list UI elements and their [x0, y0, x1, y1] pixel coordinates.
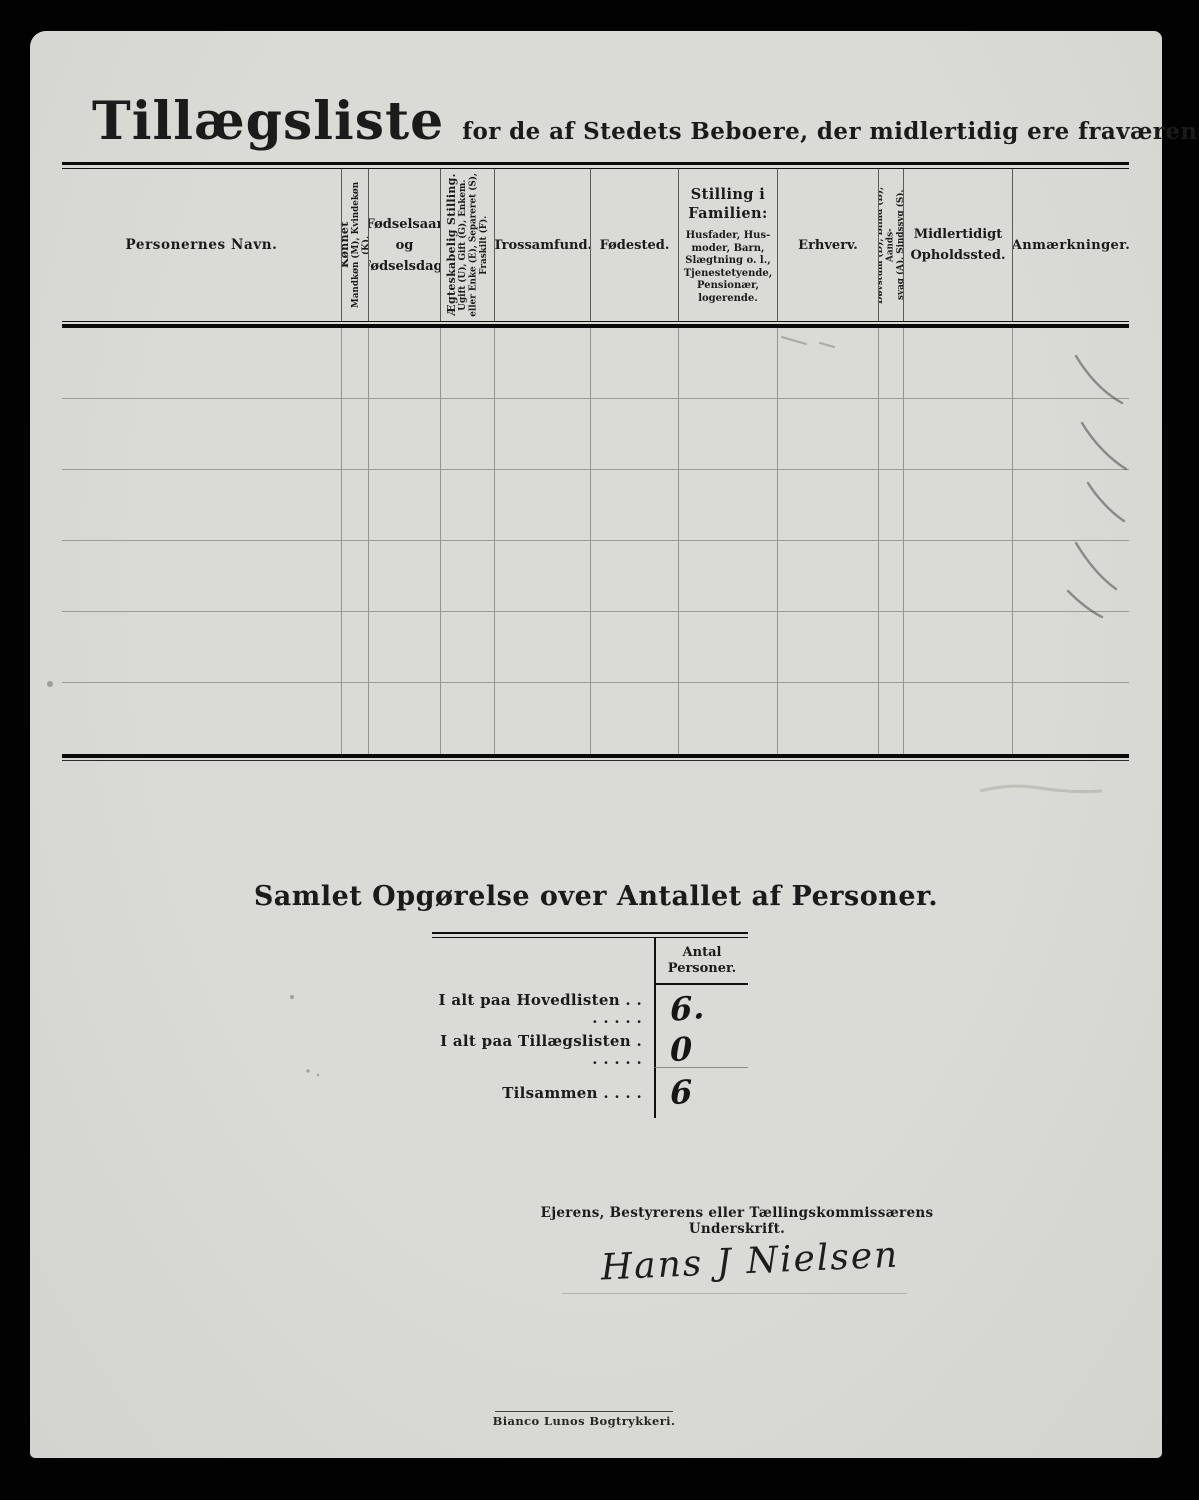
column-label: Erhverv. [798, 238, 858, 253]
summary-row-label: Tilsammen . . . . [432, 1068, 654, 1118]
table-cell-empty [878, 541, 903, 612]
summary-row-tillaegslisten: I alt paa Tillægslisten . . . . . . 0 [432, 1032, 748, 1068]
table-cell-empty [590, 399, 678, 470]
table-cell-empty [62, 612, 341, 683]
table-cell-empty [878, 328, 903, 399]
column-header-midlertidigt-opholdssted: Midlertidigt Opholdssted. [903, 169, 1012, 321]
table-cell-empty [1012, 328, 1129, 399]
summary-row-hovedlisten: I alt paa Hovedlisten . . . . . . . 6. [432, 985, 748, 1032]
table-cell-empty [341, 683, 368, 754]
table-cell-empty [1012, 470, 1129, 541]
table-body [62, 328, 1129, 754]
table-cell-empty [440, 470, 494, 541]
table-cell-empty [777, 328, 878, 399]
summary-header-spacer [432, 938, 654, 985]
table-cell-empty [341, 399, 368, 470]
table-cell-empty [440, 541, 494, 612]
table-cell-empty [494, 328, 590, 399]
table-cell-empty [440, 683, 494, 754]
table-cell-empty [341, 541, 368, 612]
summary-col-header: Antal Personer. [668, 945, 736, 977]
column-header-foedselsaar: Fødselsaar og Fødselsdag. [368, 169, 440, 321]
table-bottom-rule [62, 754, 1129, 761]
table-cell-empty [678, 612, 777, 683]
table-cell-empty [1012, 612, 1129, 683]
scanned-census-page: Tillægsliste for de af Stedets Beboere, … [0, 0, 1199, 1500]
table-cell-empty [678, 328, 777, 399]
table-cell-empty [440, 328, 494, 399]
table-cell-empty [678, 683, 777, 754]
table-cell-empty [678, 541, 777, 612]
summary-row-label: I alt paa Tillægslisten . . . . . . [432, 1032, 654, 1068]
table-cell-empty [62, 328, 341, 399]
table-cell-empty [368, 328, 440, 399]
table-cell-empty [590, 612, 678, 683]
table-cell-empty [903, 683, 1012, 754]
signature-caption: Ejerens, Bestyrerens eller Tællingskommi… [507, 1205, 967, 1237]
form-title: Tillægsliste [92, 91, 444, 152]
table-cell-empty [1012, 399, 1129, 470]
table-cell-empty [1012, 541, 1129, 612]
form-subtitle: for de af Stedets Beboere, der midlertid… [462, 118, 1199, 145]
table-top-rule [62, 162, 1129, 169]
table-cell-empty [1012, 683, 1129, 754]
column-header-erhverv: Erhverv. [777, 169, 878, 321]
table-cell-empty [777, 541, 878, 612]
table-cell-empty [494, 612, 590, 683]
column-header-doevstum: Døvstum (D), Blind (B), Aands- svag (A),… [878, 169, 903, 321]
column-label: Døvstum (D), Blind (B), Aands- svag (A),… [878, 171, 903, 319]
column-label: Midlertidigt Opholdssted. [910, 224, 1005, 266]
column-header-aegteskabelig-stilling: Ægteskabelig Stilling. Ugift (U), Gift (… [440, 169, 494, 321]
table-cell-empty [590, 541, 678, 612]
table-cell-empty [368, 399, 440, 470]
table-cell-empty [678, 470, 777, 541]
signature-handwritten: Hans J Nielsen [549, 1232, 950, 1290]
table-cell-empty [368, 470, 440, 541]
paper-sheet: Tillægsliste for de af Stedets Beboere, … [30, 31, 1162, 1458]
table-cell-empty [678, 399, 777, 470]
table-cell-empty [590, 328, 678, 399]
table-cell-empty [903, 612, 1012, 683]
table-cell-empty [341, 612, 368, 683]
table-cell-empty [494, 399, 590, 470]
column-sublabel: Ugift (U), Gift (G), Enkem. eller Enke (… [458, 173, 490, 317]
table-cell-empty [368, 541, 440, 612]
table-cell-empty [494, 683, 590, 754]
summary-row-label: I alt paa Hovedlisten . . . . . . . [432, 985, 654, 1032]
table-cell-empty [777, 470, 878, 541]
column-header-koennet: Kønnet Mandkøn (M), Kvindekøn (K). [341, 169, 368, 321]
table-cell-empty [62, 399, 341, 470]
table-cell-empty [777, 683, 878, 754]
summary-table: Antal Personer. I alt paa Hovedlisten . … [432, 932, 748, 1118]
column-label: Anmærkninger. [1012, 238, 1129, 253]
column-label: Fødested. [600, 238, 670, 253]
summary-heading: Samlet Opgørelse over Antallet af Person… [30, 881, 1162, 912]
handwritten-count-tilsammen: 6 [656, 1072, 694, 1113]
summary-row-tilsammen: Tilsammen . . . . 6 [432, 1068, 748, 1118]
table-cell-empty [590, 470, 678, 541]
column-label: Fødselsaar og Fødselsdag. [368, 214, 440, 277]
handwritten-count-hovedlisten: 6. [656, 987, 706, 1029]
table-cell-empty [341, 328, 368, 399]
vertical-text: Døvstum (D), Blind (B), Aands- svag (A),… [878, 171, 903, 319]
table-cell-empty [903, 541, 1012, 612]
signature-line [562, 1293, 907, 1294]
page-title: Tillægsliste for de af Stedets Beboere, … [92, 91, 1132, 152]
table-cell-empty [903, 328, 1012, 399]
table-cell-empty [341, 470, 368, 541]
vertical-text: Ægteskabelig Stilling. Ugift (U), Gift (… [445, 173, 490, 317]
table-cell-empty [590, 683, 678, 754]
table-cell-empty [494, 470, 590, 541]
table-cell-empty [494, 541, 590, 612]
printer-imprint: Bianco Lunos Bogtrykkeri. [454, 1414, 714, 1428]
table-cell-empty [878, 399, 903, 470]
table-cell-empty [440, 612, 494, 683]
column-label: Ægteskabelig Stilling. [445, 173, 458, 317]
table-cell-empty [903, 470, 1012, 541]
table-cell-empty [878, 612, 903, 683]
table-cell-empty [62, 470, 341, 541]
column-label: Stilling i Familien: [688, 185, 767, 223]
table-cell-empty [62, 541, 341, 612]
table-header-rule [62, 321, 1129, 328]
table-cell-empty [62, 683, 341, 754]
table-cell-empty [903, 399, 1012, 470]
column-label: Kønnet [341, 171, 351, 319]
table-header-row: Personernes Navn. Kønnet Mandkøn (M), Kv… [62, 169, 1129, 321]
vertical-text: Kønnet Mandkøn (M), Kvindekøn (K). [341, 171, 368, 319]
table-cell-empty [368, 612, 440, 683]
census-table: Personernes Navn. Kønnet Mandkøn (M), Kv… [62, 162, 1129, 761]
column-label: Trossamfund. [494, 238, 590, 253]
column-header-foedested: Fødested. [590, 169, 678, 321]
table-cell-empty [878, 683, 903, 754]
table-cell-empty [777, 612, 878, 683]
column-sublabel: Husfader, Hus- moder, Barn, Slægtning o.… [684, 230, 773, 305]
column-header-personernes-navn: Personernes Navn. [62, 169, 341, 321]
summary-header-row: Antal Personer. [432, 938, 748, 985]
column-header-stilling-i-familien: Stilling i Familien: Husfader, Hus- mode… [678, 169, 777, 321]
column-sublabel: Mandkøn (M), Kvindekøn (K). [351, 171, 368, 319]
column-header-anmaerkninger: Anmærkninger. [1012, 169, 1129, 321]
table-cell-empty [440, 399, 494, 470]
table-cell-empty [368, 683, 440, 754]
column-label: Personernes Navn. [126, 237, 278, 253]
table-cell-empty [777, 399, 878, 470]
table-cell-empty [878, 470, 903, 541]
handwritten-count-tillaegslisten: 0 [656, 1029, 694, 1070]
column-header-trossamfund: Trossamfund. [494, 169, 590, 321]
printer-rule [495, 1411, 673, 1412]
